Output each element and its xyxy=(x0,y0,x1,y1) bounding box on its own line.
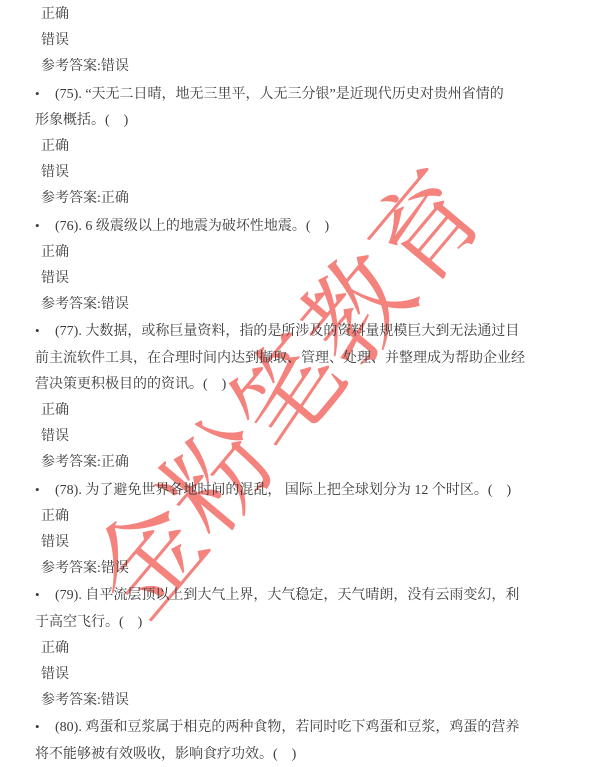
line-text: 正确 xyxy=(41,403,69,418)
option-line: 错误 xyxy=(35,160,580,186)
line-text: 将不能够被有效吸收，影响食疗功效。( ) xyxy=(35,747,296,762)
question-continuation-line: 营决策更积极目的的资讯。( ) xyxy=(35,372,580,398)
answer-line: 参考答案:正确 xyxy=(35,450,580,476)
question-continuation-line: 将不能够被有效吸收，影响食疗功效。( ) xyxy=(35,742,580,767)
line-text: 正确 xyxy=(41,245,69,260)
line-text: (79). 自平流层顶以上到大气上界，大气稳定，天气晴朗，没有云雨变幻，利 xyxy=(55,588,519,603)
option-line: 正确 xyxy=(35,504,580,530)
answer-line: 参考答案:错误 xyxy=(35,556,580,582)
bullet-icon: • xyxy=(35,477,55,503)
option-line: 正确 xyxy=(35,636,580,662)
line-text: (75). “天无二日晴，地无三里平，人无三分银”是近现代历史对贵州省情的 xyxy=(55,87,504,102)
answer-line: 参考答案:错误 xyxy=(35,292,580,318)
option-line: 错误 xyxy=(35,266,580,292)
bullet-icon: • xyxy=(35,81,55,107)
option-line: 正确 xyxy=(35,240,580,266)
document-page: 金粉笔教育 正确错误参考答案:错误•(75). “天无二日晴，地无三里平，人无三… xyxy=(0,0,596,767)
line-text: 正确 xyxy=(41,641,69,656)
bullet-icon: • xyxy=(35,318,55,344)
line-text: 正确 xyxy=(41,7,69,22)
answer-line: 参考答案:错误 xyxy=(35,688,580,714)
line-text: 参考答案:错误 xyxy=(41,59,129,74)
line-text: 错误 xyxy=(41,165,69,180)
line-text: 于高空飞行。( ) xyxy=(35,615,142,630)
line-text: 错误 xyxy=(41,429,69,444)
line-text: (77). 大数据，或称巨量资料，指的是所涉及的资料量规模巨大到无法通过目 xyxy=(55,324,519,339)
option-line: 错误 xyxy=(35,530,580,556)
question-continuation-line: 于高空飞行。( ) xyxy=(35,610,580,636)
option-line: 正确 xyxy=(35,398,580,424)
option-line: 正确 xyxy=(35,134,580,160)
option-line: 错误 xyxy=(35,28,580,54)
line-text: (80). 鸡蛋和豆浆属于相克的两种食物，若同时吃下鸡蛋和豆浆，鸡蛋的营养 xyxy=(55,720,519,735)
line-text: 错误 xyxy=(41,535,69,550)
bullet-icon: • xyxy=(35,714,55,740)
question-line: •(78). 为了避免世界各地时间的混乱， 国际上把全球划分为 12 个时区。(… xyxy=(35,477,580,504)
line-text: 参考答案:错误 xyxy=(41,297,129,312)
bullet-icon: • xyxy=(35,582,55,608)
line-text: 正确 xyxy=(41,139,69,154)
bullet-icon: • xyxy=(35,213,55,239)
answer-line: 参考答案:错误 xyxy=(35,54,580,80)
option-line: 正确 xyxy=(35,2,580,28)
line-text: 参考答案:错误 xyxy=(41,693,129,708)
line-text: 参考答案:错误 xyxy=(41,561,129,576)
option-line: 错误 xyxy=(35,662,580,688)
line-text: 参考答案:正确 xyxy=(41,455,129,470)
question-continuation-line: 形象概括。( ) xyxy=(35,108,580,134)
line-text: 正确 xyxy=(41,509,69,524)
question-continuation-line: 前主流软件工具，在合理时间内达到撷取、管理、处理、并整理成为帮助企业经 xyxy=(35,346,580,372)
question-line: •(77). 大数据，或称巨量资料，指的是所涉及的资料量规模巨大到无法通过目 xyxy=(35,318,580,345)
question-line: •(76). 6 级震级以上的地震为破坏性地震。( ) xyxy=(35,213,580,240)
question-line: •(79). 自平流层顶以上到大气上界，大气稳定，天气晴朗，没有云雨变幻，利 xyxy=(35,582,580,609)
line-text: 形象概括。( ) xyxy=(35,113,128,128)
answer-line: 参考答案:正确 xyxy=(35,186,580,212)
option-line: 错误 xyxy=(35,424,580,450)
line-text: 错误 xyxy=(41,33,69,48)
line-text: 参考答案:正确 xyxy=(41,191,129,206)
line-text: (76). 6 级震级以上的地震为破坏性地震。( ) xyxy=(55,219,329,234)
document-body: 正确错误参考答案:错误•(75). “天无二日晴，地无三里平，人无三分银”是近现… xyxy=(35,2,580,767)
line-text: 前主流软件工具，在合理时间内达到撷取、管理、处理、并整理成为帮助企业经 xyxy=(35,351,525,366)
line-text: 错误 xyxy=(41,271,69,286)
question-line: •(75). “天无二日晴，地无三里平，人无三分银”是近现代历史对贵州省情的 xyxy=(35,81,580,108)
line-text: (78). 为了避免世界各地时间的混乱， 国际上把全球划分为 12 个时区。( … xyxy=(55,483,511,498)
question-line: •(80). 鸡蛋和豆浆属于相克的两种食物，若同时吃下鸡蛋和豆浆，鸡蛋的营养 xyxy=(35,714,580,741)
line-text: 营决策更积极目的的资讯。( ) xyxy=(35,377,226,392)
line-text: 错误 xyxy=(41,667,69,682)
